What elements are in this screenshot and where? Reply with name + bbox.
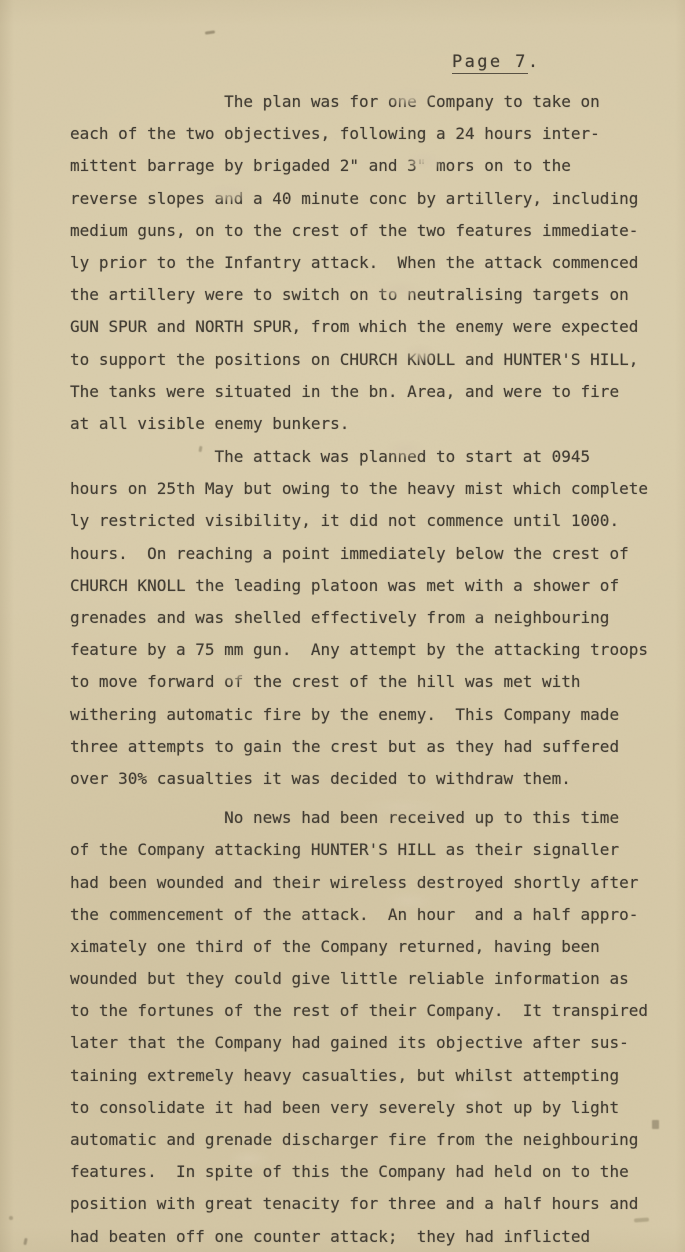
text-line: position with great tenacity for three a… [70,1188,685,1220]
text-line: features. In spite of this the Company h… [70,1156,685,1188]
text-line: CHURCH KNOLL the leading platoon was met… [70,570,685,602]
text-line: hours. On reaching a point immediately b… [70,538,685,570]
typewritten-document-page: Page 7. The plan was for one Company to … [0,0,685,1252]
text-line: GUN SPUR and NORTH SPUR, from which the … [70,311,685,343]
text-line: withering automatic fire by the enemy. T… [70,699,685,731]
page-number: Page 7 [452,52,528,74]
text-line: The plan was for one Company to take on [70,86,685,118]
text-line: to support the positions on CHURCH KNOLL… [70,344,685,376]
text-line: the commencement of the attack. An hour … [70,899,685,931]
text-line: ly prior to the Infantry attack. When th… [70,247,685,279]
text-line: taining extremely heavy casualties, but … [70,1060,685,1092]
text-line: at all visible enemy bunkers. [70,408,685,440]
text-line: each of the two objectives, following a … [70,118,685,150]
text-line: reverse slopes and a 40 minute conc by a… [70,183,685,215]
text-line: No news had been received up to this tim… [70,802,685,834]
text-line: to move forward of the crest of the hill… [70,666,685,698]
text-line: the artillery were to switch on to neutr… [70,279,685,311]
paragraph: The plan was for one Company to take one… [70,86,685,440]
paragraph: No news had been received up to this tim… [70,802,685,1252]
paper-speck [205,30,215,34]
text-line: ximately one third of the Company return… [70,931,685,963]
page-number-period: . [528,52,541,72]
text-line: automatic and grenade discharger fire fr… [70,1124,685,1156]
paragraph: The attack was planned to start at 0945h… [70,441,685,795]
text-line: grenades and was shelled effectively fro… [70,602,685,634]
text-line: mittent barrage by brigaded 2" and 3" mo… [70,150,685,182]
text-line: hours on 25th May but owing to the heavy… [70,473,685,505]
text-line: feature by a 75 mm gun. Any attempt by t… [70,634,685,666]
text-line: to the fortunes of the rest of their Com… [70,995,685,1027]
text-line: The tanks were situated in the bn. Area,… [70,376,685,408]
text-line: The attack was planned to start at 0945 [70,441,685,473]
text-line: ly restricted visibility, it did not com… [70,505,685,537]
text-line: had beaten off one counter attack; they … [70,1221,685,1252]
text-line: over 30% casualties it was decided to wi… [70,763,685,795]
page-header: Page 7. [452,52,540,72]
document-body: The plan was for one Company to take one… [0,86,685,1252]
text-line: of the Company attacking HUNTER'S HILL a… [70,834,685,866]
text-line: had been wounded and their wireless dest… [70,867,685,899]
text-line: later that the Company had gained its ob… [70,1027,685,1059]
text-line: to consolidate it had been very severely… [70,1092,685,1124]
text-line: three attempts to gain the crest but as … [70,731,685,763]
text-line: wounded but they could give little relia… [70,963,685,995]
text-line: medium guns, on to the crest of the two … [70,215,685,247]
